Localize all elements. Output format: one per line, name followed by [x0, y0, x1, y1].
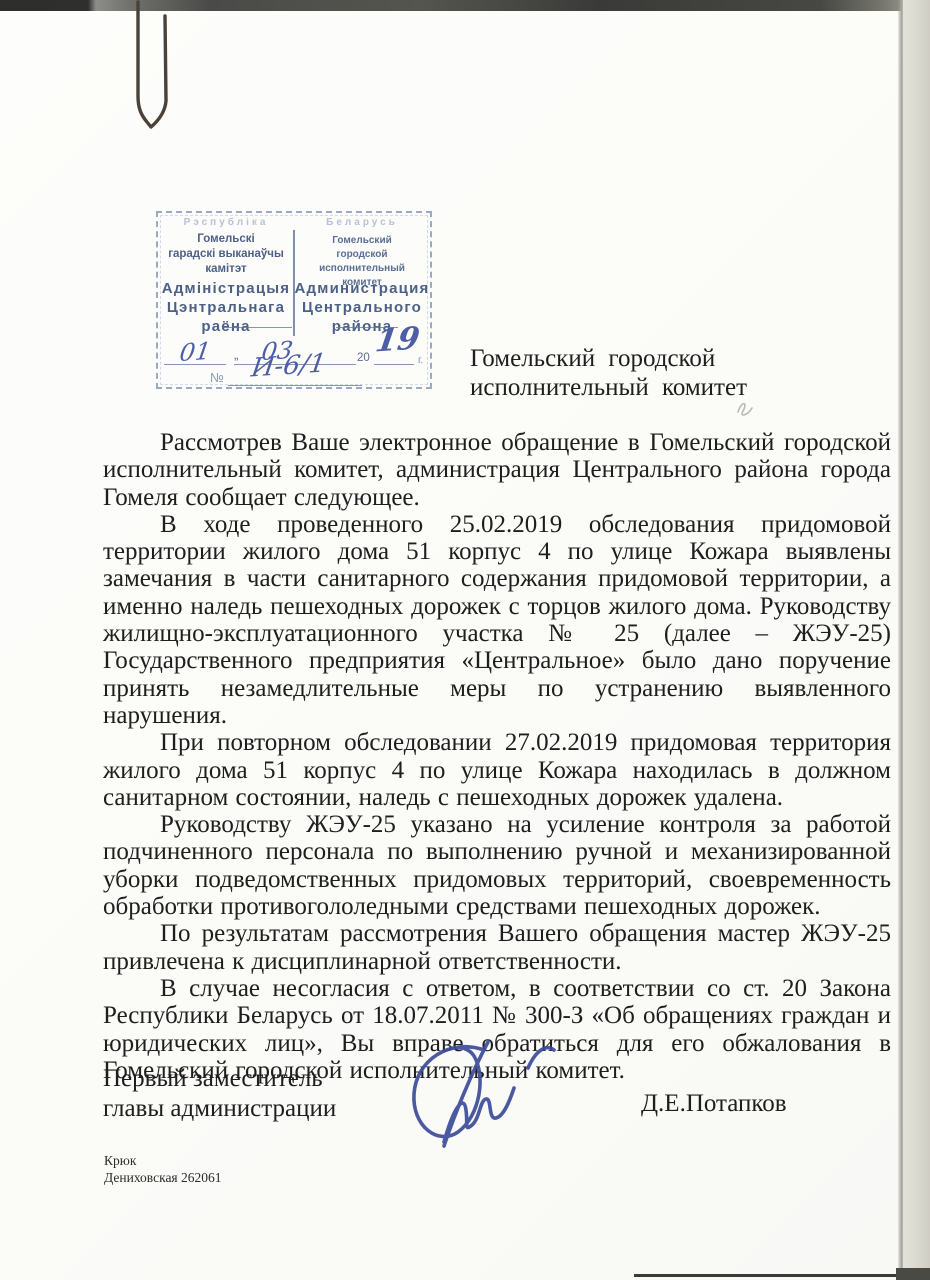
signer-position-line: главы администрации: [103, 1094, 336, 1124]
stamp-date-line: [374, 364, 414, 365]
body-paragraph: При повторном обследовании 27.02.2019 пр…: [103, 729, 891, 811]
stamp-admin-ru-line: Администрация: [294, 279, 430, 298]
addressee-line: Гомельский городской: [470, 344, 747, 373]
letter-body: Рассмотрев Ваше электронное обращение в …: [103, 429, 891, 1084]
stamp-republic-ru: Беларусь: [294, 217, 430, 228]
signer-position: Первый заместитель главы администрации: [103, 1064, 336, 1124]
stamp-org-by-line: гарадскі выканаўчы: [158, 247, 294, 262]
executor-name: Крюк: [104, 1152, 222, 1169]
body-paragraph: По результатам рассмотрения Вашего обращ…: [103, 920, 891, 975]
scan-bottom-corner: [896, 1268, 930, 1280]
executor-footer: Крюк Дениховская 262061: [104, 1152, 222, 1186]
stamp-number-value: И-6/1: [249, 348, 327, 383]
stamp-admin-by-line: Цэнтральнага: [158, 298, 294, 317]
body-paragraph: Руководству ЖЭУ-25 указано на усиление к…: [103, 811, 891, 920]
addressee-block: Гомельский городской исполнительный коми…: [470, 344, 747, 402]
stamp-org-ru-line: городской исполнительный: [294, 248, 430, 276]
page-right-edge: [898, 0, 903, 1280]
scan-bottom-edge: [634, 1274, 930, 1277]
stamp-date-year: 19: [373, 321, 422, 360]
executor-phone: Дениховская 262061: [104, 1169, 222, 1186]
stamp-org-belarusian: Гомельскі гарадскі выканаўчы камітэт: [158, 232, 294, 277]
stamp-number-label: №: [210, 370, 224, 385]
stamp-org-ru-line: Гомельский: [294, 234, 430, 248]
stamp-admin-by-line: Адміністрацыя: [158, 279, 294, 298]
paperclip-icon: [128, 0, 184, 140]
stamp-date-day: 01: [178, 337, 213, 367]
body-paragraph: В ходе проведенного 25.02.2019 обследова…: [103, 511, 891, 729]
stamp-number-line: [228, 385, 362, 386]
registration-stamp: Рэспубліка Беларусь Гомельскі гарадскі в…: [156, 211, 432, 389]
stamp-date-suffix: г.: [418, 355, 423, 366]
body-paragraph: Рассмотрев Ваше электронное обращение в …: [103, 429, 891, 511]
document-scan: Рэспубліка Беларусь Гомельскі гарадскі в…: [0, 0, 930, 1280]
stamp-date-century: 20: [357, 352, 370, 364]
signer-position-line: Первый заместитель: [103, 1064, 336, 1094]
stamp-org-by-line: Гомельскі: [158, 232, 294, 247]
stamp-republic-by: Рэспубліка: [158, 217, 294, 228]
stamp-org-by-line: камітэт: [158, 262, 294, 277]
scan-right-background: [903, 0, 930, 1280]
stamp-underline: [222, 327, 292, 328]
stamp-admin-ru-line: Центрального: [294, 298, 430, 317]
handwritten-signature: [398, 1038, 578, 1156]
signer-name: Д.Е.Потапков: [641, 1090, 787, 1118]
stamp-date-line: [164, 364, 226, 365]
addressee-line: исполнительный комитет: [470, 373, 747, 402]
stamp-date-separator: „: [234, 347, 238, 362]
